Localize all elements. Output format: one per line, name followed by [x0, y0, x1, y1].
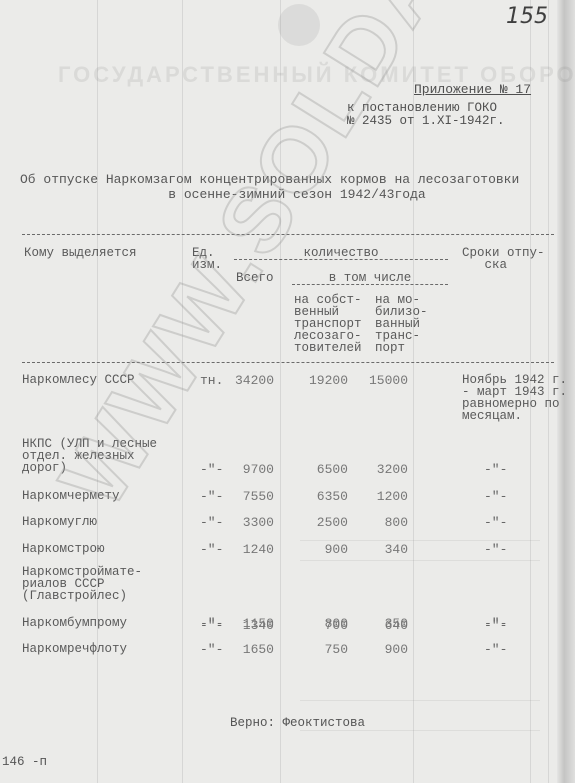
header-release-terms: Сроки отпу- ска	[462, 247, 545, 271]
header-including: в том числе	[292, 272, 448, 285]
cell-release-terms: -"-	[484, 462, 507, 477]
cell-own-transport: 750	[300, 642, 348, 657]
cell-release-terms: -"-	[484, 515, 507, 530]
bleed-line	[300, 700, 540, 701]
cell-recipient: Наркомстрою	[22, 543, 105, 555]
cell-release-terms: Ноябрь 1942 г. - март 1943 г. равномерно…	[462, 374, 567, 422]
cell-release-terms: -"-	[484, 616, 507, 631]
cell-total: 34200	[228, 373, 274, 388]
document-page: ГОСУДАРСТВЕННЫЙ КОМИТЕТ ОБОРОНЫ 155 Прил…	[0, 0, 575, 783]
cell-own-transport: 2500	[300, 515, 348, 530]
cell-unit: -"-	[200, 542, 223, 557]
cell-unit: -"-	[200, 642, 223, 657]
header-recipient: Кому выделяется	[24, 247, 137, 259]
cell-release-terms: -"-	[484, 542, 507, 557]
cell-release-terms: -"-	[484, 642, 507, 657]
cell-mobilized-transport: 900	[360, 642, 408, 657]
header-mobilized-transport: на мо- билизо- ванный транс- порт	[375, 294, 428, 354]
cell-mobilized-transport: 15000	[360, 373, 408, 388]
cell-unit: -"-	[200, 616, 223, 631]
appendix-label: Приложение № 17	[414, 82, 531, 97]
cell-recipient: Наркомстройматe- риалов СССР (Главстройл…	[22, 566, 142, 602]
certification-signature: Верно: Феоктистова	[230, 716, 365, 730]
bleed-line	[300, 560, 540, 561]
cell-recipient: Наркомуглю	[22, 516, 97, 528]
cell-release-terms: -"-	[484, 489, 507, 504]
cell-total: 1240	[228, 542, 274, 557]
cell-own-transport: 6350	[300, 489, 348, 504]
cell-mobilized-transport: 3200	[360, 462, 408, 477]
cell-recipient: Наркомбумпрому	[22, 617, 127, 629]
cell-own-transport: 6500	[300, 462, 348, 477]
cell-own-transport: 800	[300, 616, 348, 631]
bleed-line	[300, 730, 540, 731]
cell-mobilized-transport: 340	[360, 542, 408, 557]
cell-total: 3300	[228, 515, 274, 530]
cell-mobilized-transport: 800	[360, 515, 408, 530]
cell-mobilized-transport: 350	[360, 616, 408, 631]
folio-number: 155	[506, 4, 548, 29]
bleed-line	[300, 540, 540, 541]
cell-own-transport: 900	[300, 542, 348, 557]
cell-recipient: Наркомречфлоту	[22, 643, 127, 655]
cell-unit: -"-	[200, 462, 223, 477]
cell-total: 1650	[228, 642, 274, 657]
archive-code: 146 -п	[2, 755, 47, 769]
cell-total: 9700	[228, 462, 274, 477]
cell-mobilized-transport: 1200	[360, 489, 408, 504]
cell-unit: -"-	[200, 489, 223, 504]
cell-total: 7550	[228, 489, 274, 504]
table-header-rule	[22, 362, 554, 363]
cell-own-transport: 19200	[300, 373, 348, 388]
header-own-transport: на собст- венный транспорт лесозаго- тов…	[294, 294, 362, 354]
cell-unit: -"-	[200, 515, 223, 530]
cell-total: 1150	[228, 616, 274, 631]
